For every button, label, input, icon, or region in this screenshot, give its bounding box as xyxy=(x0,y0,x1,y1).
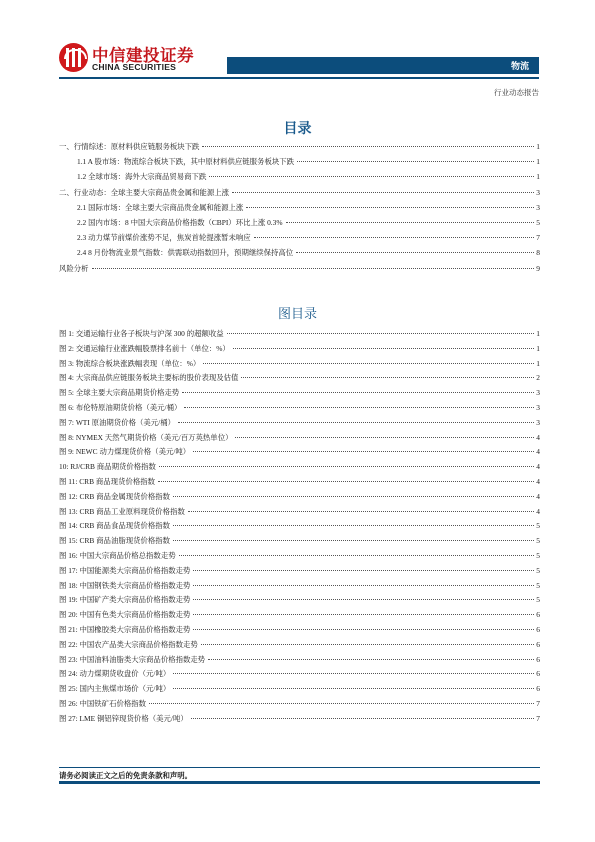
toc-entry-label: 2.3 动力煤节前煤价涨势不足，焦炭首轮提涨暂未响应 xyxy=(77,232,253,243)
figure-entry-page: 3 xyxy=(535,418,540,427)
figure-entry[interactable]: 图 3: 物流综合板块涨跌幅表现（单位：%）1 xyxy=(59,358,540,373)
leader-dots xyxy=(193,570,534,571)
toc-entry[interactable]: 一、行情综述：原材料供应链服务板块下跌1 xyxy=(59,141,540,156)
figure-entry-page: 5 xyxy=(535,595,540,604)
figure-entry-page: 1 xyxy=(535,344,540,353)
citic-emblem-icon xyxy=(59,43,88,72)
figure-entry[interactable]: 图 9: NEWC 动力煤现货价格（美元/吨）4 xyxy=(59,446,540,461)
leader-dots xyxy=(233,348,534,349)
figure-entry-page: 5 xyxy=(535,536,540,545)
leader-dots xyxy=(158,481,534,482)
leader-dots xyxy=(209,176,534,177)
figure-entry-page: 6 xyxy=(535,640,540,649)
figure-entry-page: 4 xyxy=(535,462,540,471)
leader-dots xyxy=(173,525,534,526)
figure-entry-label: 图 3: 物流综合板块涨跌幅表现（单位：%） xyxy=(59,358,202,369)
figure-entry[interactable]: 图 18: 中国钢铁类大宗商品价格指数走势5 xyxy=(59,580,540,595)
figure-entry-page: 1 xyxy=(535,329,540,338)
figure-entry-page: 6 xyxy=(535,684,540,693)
leader-dots xyxy=(235,437,534,438)
header-divider xyxy=(59,77,539,79)
report-type: 行业动态报告 xyxy=(494,87,539,98)
leader-dots xyxy=(193,451,534,452)
figure-entry-label: 图 21: 中国橡胶类大宗商品价格指数走势 xyxy=(59,624,192,635)
leader-dots xyxy=(241,377,534,378)
figure-entry-page: 6 xyxy=(535,625,540,634)
figure-entry-page: 7 xyxy=(535,714,540,723)
leader-dots xyxy=(296,252,534,253)
leader-dots xyxy=(179,555,535,556)
sector-label: 物流 xyxy=(511,59,529,72)
figure-entry-page: 4 xyxy=(535,507,540,516)
leader-dots xyxy=(173,496,534,497)
figure-entry[interactable]: 图 7: WTI 原油期货价格（美元/桶）3 xyxy=(59,417,540,432)
figure-entry-label: 图 2: 交通运输行业涨跌幅股票排名前十（单位：%） xyxy=(59,343,232,354)
footer-bar xyxy=(59,781,540,784)
leader-dots xyxy=(191,718,535,719)
figure-entry[interactable]: 图 22: 中国农产品类大宗商品价格指数走势6 xyxy=(59,639,540,654)
leader-dots xyxy=(184,407,534,408)
figure-entry-label: 图 5: 全球主要大宗商品期货价格走势 xyxy=(59,387,181,398)
toc-entry[interactable]: 2.2 国内市场：8 中国大宗商品价格指数（CBPI）环比上涨 0.3%5 xyxy=(59,217,540,232)
figure-entry[interactable]: 图 19: 中国矿产类大宗商品价格指数走势5 xyxy=(59,594,540,609)
leader-dots xyxy=(193,629,534,630)
figure-entry-label: 图 27: LME 铜铝锌现货价格（美元/吨） xyxy=(59,713,190,724)
leader-dots xyxy=(193,614,534,615)
toc-entry-label: 风险分析 xyxy=(59,263,91,274)
figure-entry[interactable]: 图 11: CRB 商品现货价格指数4 xyxy=(59,476,540,491)
figure-list: 图 1: 交通运输行业各子板块与沪深 300 的超额收益1 图 2: 交通运输行… xyxy=(59,328,540,728)
toc-entry-label: 2.4 8 月份物流业景气指数：供需联动指数回升，预期继续保持高位 xyxy=(77,247,295,258)
toc-entry[interactable]: 1.1 A 股市场：物流综合板块下跌，其中原材料供应链服务板块下跌1 xyxy=(59,156,540,171)
figure-entry-page: 6 xyxy=(535,610,540,619)
figure-entry-label: 图 24: 动力煤期货收盘价（元/吨） xyxy=(59,668,172,679)
table-of-contents: 一、行情综述：原材料供应链服务板块下跌1 1.1 A 股市场：物流综合板块下跌，… xyxy=(59,141,540,278)
figure-entry-label: 图 18: 中国钢铁类大宗商品价格指数走势 xyxy=(59,580,192,591)
toc-entry[interactable]: 风险分析9 xyxy=(59,263,540,278)
figure-entry[interactable]: 图 21: 中国橡胶类大宗商品价格指数走势6 xyxy=(59,624,540,639)
figure-entry[interactable]: 图 20: 中国有色类大宗商品价格指数走势6 xyxy=(59,609,540,624)
figure-entry-label: 图 16: 中国大宗商品价格总指数走势 xyxy=(59,550,178,561)
figure-entry[interactable]: 图 25: 国内主焦煤市场价（元/吨）6 xyxy=(59,683,540,698)
figure-entry-label: 图 9: NEWC 动力煤现货价格（美元/吨） xyxy=(59,446,192,457)
leader-dots xyxy=(201,644,535,645)
toc-entry-label: 1.1 A 股市场：物流综合板块下跌，其中原材料供应链服务板块下跌 xyxy=(77,156,296,167)
toc-entry-page: 9 xyxy=(535,264,540,273)
toc-entry-page: 1 xyxy=(535,157,540,166)
figure-entry-page: 3 xyxy=(535,403,540,412)
figure-entry-page: 5 xyxy=(535,551,540,560)
figure-entry-page: 7 xyxy=(535,699,540,708)
figure-entry-page: 2 xyxy=(535,373,540,382)
leader-dots xyxy=(202,146,534,147)
figure-entry-label: 图 23: 中国油料油脂类大宗商品价格指数走势 xyxy=(59,654,207,665)
toc-entry-label: 一、行情综述：原材料供应链服务板块下跌 xyxy=(59,141,201,152)
figure-entry-page: 6 xyxy=(535,655,540,664)
toc-entry-page: 1 xyxy=(535,142,540,151)
leader-dots xyxy=(227,333,535,334)
leader-dots xyxy=(193,599,534,600)
toc-entry-page: 1 xyxy=(535,172,540,181)
figure-entry[interactable]: 图 8: NYMEX 天然气期货价格（美元/百万英热单位）4 xyxy=(59,432,540,447)
toc-entry-label: 1.2 全球市场：海外大宗商品贸易商下跌 xyxy=(77,171,208,182)
footer-disclaimer: 请务必阅读正文之后的免责条款和声明。 xyxy=(59,770,192,781)
figure-entry-label: 图 7: WTI 原油期货价格（美元/桶） xyxy=(59,417,177,428)
leader-dots xyxy=(254,237,535,238)
figure-entry-label: 图 6: 布伦特原油期货价格（美元/桶） xyxy=(59,402,183,413)
footer-divider xyxy=(59,767,540,768)
figure-entry[interactable]: 图 1: 交通运输行业各子板块与沪深 300 的超额收益1 xyxy=(59,328,540,343)
figure-entry[interactable]: 图 17: 中国能源类大宗商品价格指数走势5 xyxy=(59,565,540,580)
leader-dots xyxy=(297,161,534,162)
leader-dots xyxy=(149,703,534,704)
toc-entry-page: 7 xyxy=(535,233,540,242)
figure-entry-label: 图 25: 国内主焦煤市场价（元/吨） xyxy=(59,683,172,694)
figure-entry-label: 图 17: 中国能源类大宗商品价格指数走势 xyxy=(59,565,192,576)
figure-entry[interactable]: 图 24: 动力煤期货收盘价（元/吨）6 xyxy=(59,668,540,683)
figure-entry-page: 5 xyxy=(535,581,540,590)
leader-dots xyxy=(159,466,534,467)
figure-entry-label: 图 13: CRB 商品工业原料现货价格指数 xyxy=(59,506,187,517)
leader-dots xyxy=(232,192,534,193)
figure-entry-label: 图 20: 中国有色类大宗商品价格指数走势 xyxy=(59,609,192,620)
figure-entry-label: 10: RJ/CRB 商品期货价格指数 xyxy=(59,461,158,472)
leader-dots xyxy=(173,540,534,541)
toc-entry[interactable]: 2.1 国际市场：全球主要大宗商品贵金属和能源上涨3 xyxy=(59,202,540,217)
figure-entry-page: 5 xyxy=(535,566,540,575)
figure-entry-page: 4 xyxy=(535,433,540,442)
figure-entry-page: 4 xyxy=(535,492,540,501)
figure-entry-label: 图 14: CRB 商品食品现货价格指数 xyxy=(59,520,172,531)
leader-dots xyxy=(203,363,534,364)
leader-dots xyxy=(286,222,535,223)
figure-entry-label: 图 12: CRB 商品金属现货价格指数 xyxy=(59,491,172,502)
figure-entry[interactable]: 图 27: LME 铜铝锌现货价格（美元/吨）7 xyxy=(59,713,540,728)
leader-dots xyxy=(178,422,534,423)
figure-entry-label: 图 8: NYMEX 天然气期货价格（美元/百万英热单位） xyxy=(59,432,234,443)
figure-entry[interactable]: 图 5: 全球主要大宗商品期货价格走势3 xyxy=(59,387,540,402)
figure-entry[interactable]: 图 13: CRB 商品工业原料现货价格指数4 xyxy=(59,506,540,521)
leader-dots xyxy=(182,392,534,393)
figure-entry[interactable]: 图 15: CRB 商品油脂现货价格指数5 xyxy=(59,535,540,550)
figure-entry[interactable]: 10: RJ/CRB 商品期货价格指数4 xyxy=(59,461,540,476)
logo-english-name: CHINA SECURITIES xyxy=(92,62,176,72)
toc-entry[interactable]: 1.2 全球市场：海外大宗商品贸易商下跌1 xyxy=(59,171,540,186)
leader-dots xyxy=(92,268,535,269)
toc-entry[interactable]: 二、行业动态：全球主要大宗商品贵金属和能源上涨3 xyxy=(59,187,540,202)
figure-entry-label: 图 22: 中国农产品类大宗商品价格指数走势 xyxy=(59,639,200,650)
figure-entry-label: 图 4: 大宗商品供应链服务板块主要标的股价表现及估值 xyxy=(59,372,240,383)
figure-entry[interactable]: 图 12: CRB 商品金属现货价格指数4 xyxy=(59,491,540,506)
toc-entry[interactable]: 2.4 8 月份物流业景气指数：供需联动指数回升，预期继续保持高位8 xyxy=(59,247,540,262)
figure-entry[interactable]: 图 23: 中国油料油脂类大宗商品价格指数走势6 xyxy=(59,654,540,669)
toc-entry-page: 3 xyxy=(535,188,540,197)
leader-dots xyxy=(188,511,534,512)
sector-banner: 物流 xyxy=(227,57,539,74)
toc-entry-label: 2.2 国内市场：8 中国大宗商品价格指数（CBPI）环比上涨 0.3% xyxy=(77,217,285,228)
toc-title: 目录 xyxy=(0,118,595,138)
figure-entry-label: 图 1: 交通运输行业各子板块与沪深 300 的超额收益 xyxy=(59,328,226,339)
figure-entry-page: 1 xyxy=(535,359,540,368)
figure-entry[interactable]: 图 14: CRB 商品食品现货价格指数5 xyxy=(59,520,540,535)
figure-entry[interactable]: 图 4: 大宗商品供应链服务板块主要标的股价表现及估值2 xyxy=(59,372,540,387)
toc-entry-page: 3 xyxy=(535,203,540,212)
figure-entry[interactable]: 图 6: 布伦特原油期货价格（美元/桶）3 xyxy=(59,402,540,417)
figure-entry-page: 3 xyxy=(535,388,540,397)
toc-entry-label: 2.1 国际市场：全球主要大宗商品贵金属和能源上涨 xyxy=(77,202,245,213)
figure-entry-page: 5 xyxy=(535,521,540,530)
figure-entry-label: 图 11: CRB 商品现货价格指数 xyxy=(59,476,157,487)
figure-entry[interactable]: 图 16: 中国大宗商品价格总指数走势5 xyxy=(59,550,540,565)
toc-entry-label: 二、行业动态：全球主要大宗商品贵金属和能源上涨 xyxy=(59,187,231,198)
figure-entry-page: 4 xyxy=(535,447,540,456)
figure-list-title: 图目录 xyxy=(0,303,595,322)
figure-entry-page: 6 xyxy=(535,669,540,678)
leader-dots xyxy=(193,585,534,586)
toc-entry-page: 8 xyxy=(535,248,540,257)
leader-dots xyxy=(208,659,534,660)
leader-dots xyxy=(173,673,534,674)
leader-dots xyxy=(246,207,534,208)
figure-entry-page: 4 xyxy=(535,477,540,486)
toc-entry[interactable]: 2.3 动力煤节前煤价涨势不足，焦炭首轮提涨暂未响应7 xyxy=(59,232,540,247)
figure-entry[interactable]: 图 2: 交通运输行业涨跌幅股票排名前十（单位：%）1 xyxy=(59,343,540,358)
figure-entry-label: 图 15: CRB 商品油脂现货价格指数 xyxy=(59,535,172,546)
figure-entry[interactable]: 图 26: 中国铁矿石价格指数7 xyxy=(59,698,540,713)
toc-entry-page: 5 xyxy=(535,218,540,227)
company-logo: 中信建投证券 CHINA SECURITIES xyxy=(59,42,194,76)
leader-dots xyxy=(173,688,534,689)
figure-entry-label: 图 26: 中国铁矿石价格指数 xyxy=(59,698,148,709)
figure-entry-label: 图 19: 中国矿产类大宗商品价格指数走势 xyxy=(59,594,192,605)
